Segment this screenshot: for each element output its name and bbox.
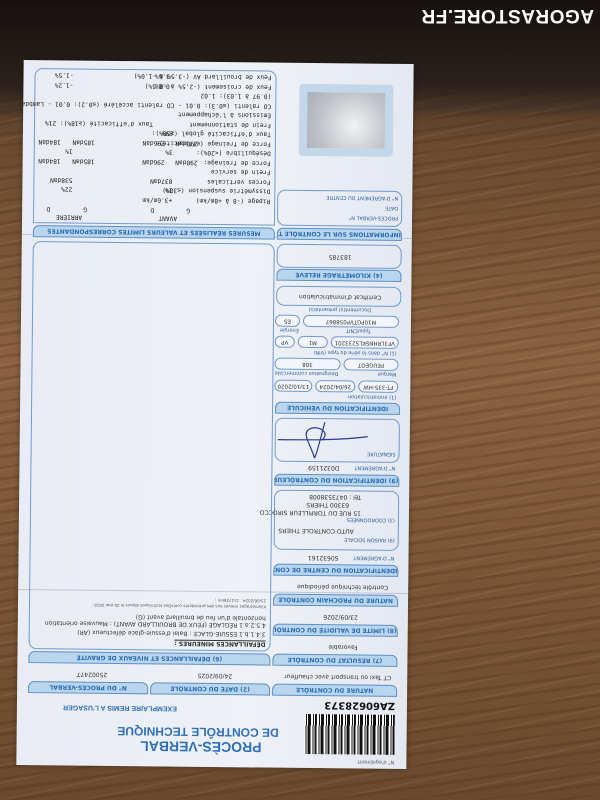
measurement-label: Forces verticales	[207, 178, 270, 186]
designation-label: Désignation commerciale	[275, 370, 339, 377]
measurement-value: 290daN	[175, 159, 197, 166]
measurement-value: 296daN	[142, 158, 164, 165]
nature-controle-value: CT Taxi ou transport avec chauffeur	[284, 673, 391, 681]
subheader: D	[150, 206, 154, 213]
kilometrage-history-value: 25/06/2024 : 151726km ;	[215, 598, 266, 604]
energie-value: ES	[275, 315, 300, 327]
address-line2: 63300 THIERS	[306, 501, 349, 508]
agreement-label: N° d'agrément	[358, 759, 395, 765]
defaillances-box	[29, 241, 275, 652]
measurement-value: -1.2%	[55, 81, 74, 88]
title-line1: PROCÈS-VERBAL	[140, 738, 262, 755]
measurement-label: (0.97 à 1.03): 1.02	[201, 92, 272, 100]
raison-sociale-value: AUTO CONTROLE THIERS	[278, 527, 354, 535]
kilometrage-header: (4) KILOMÉTRAGE RELEVÉ	[276, 269, 401, 282]
copy-label: EXEMPLAIRE REMIS A L'USAGER	[63, 703, 177, 711]
coordonnees-label: (3) COORDONNÉES	[347, 516, 395, 523]
limite-validite-header: (8) LIMITE DE VALIDITÉ DU CONTRÔLE RÉALI…	[273, 624, 398, 637]
limite-validite-value: 23/09/2026	[323, 613, 358, 620]
prochain-controle-header: NATURE DU PROCHAIN CONTRÔLE	[273, 594, 398, 607]
measurement-value: 184daN	[38, 157, 60, 164]
defavorable-date-label: DATE	[385, 205, 398, 211]
measurement-label: Ripage (-8 à +8m/km)	[196, 197, 271, 205]
first-circulation-value: 13/10/2020	[274, 380, 312, 392]
measurement-value: -1.5%	[55, 72, 74, 79]
genre-value: VP	[275, 336, 295, 348]
title-line2: DE CONTRÔLE TECHNIQUE	[117, 724, 278, 740]
hologram-sticker	[299, 84, 394, 157]
measurement-label: Force de freinage (efficacité):	[155, 139, 271, 147]
measurement-value: 290daN	[175, 140, 197, 147]
inspection-report: N° d'agrément ZA60628373 PROCÈS-VERBAL D…	[16, 60, 413, 769]
defavorable-pv-label: PROCÈS-VERBAL N°	[349, 214, 398, 221]
measurement-value: 538daN	[50, 176, 72, 183]
designation-value: 308	[274, 358, 340, 371]
vehicule-header: IDENTIFICATION DU VÉHICULE	[275, 402, 400, 415]
measurement-value: 1%	[165, 187, 173, 194]
barcode	[304, 714, 394, 755]
defavorable-header: INFORMATIONS SUR LE CONTRÔLE TECHNIQUE D…	[277, 228, 402, 241]
measurement-value: 3%	[165, 149, 173, 156]
date-controle-header: (2) DATE DU CONTRÔLE	[150, 682, 270, 695]
measurement-value: 296daN	[142, 139, 164, 146]
subheader: D	[46, 205, 50, 212]
measurement-value: 184daN	[38, 138, 60, 145]
marque-label: Marque	[378, 371, 397, 377]
vin-label: (1) N° dans la série du type (VIN)	[313, 349, 396, 356]
raison-sociale-label: (9) RAISON SOCIALE	[344, 536, 395, 543]
header-arriere: ARRIÈRE	[56, 213, 82, 220]
tel: Tél : 0473538008	[309, 493, 361, 501]
mesures-header: MESURES RÉALISÉES ET VALEURS LIMITES COR…	[33, 225, 275, 240]
numero-pv-value: 25002477	[77, 671, 108, 678]
measurement-label: Dissymétrie suspension (≤30%)	[162, 187, 270, 195]
measurement-value: -3.6%	[155, 73, 174, 80]
measurement-value: Taux d'efficacité (≥18%): 21%	[45, 119, 153, 127]
centre-header: IDENTIFICATION DU CENTRE DE CONTRÔLE	[273, 564, 398, 577]
marque-value: PEUGEOT	[343, 358, 398, 371]
header-avant: AVANT	[158, 214, 177, 221]
nature-controle-header: NATURE DU CONTRÔLE	[272, 684, 397, 697]
defaillances-heading: DÉFAILLANCES MINEURES :	[174, 640, 265, 648]
vin-value: VF3LRHNSKLS233201	[331, 336, 399, 349]
measurement-value: -0.8%	[155, 82, 174, 89]
documents-label: Document(s) présenté(s)	[308, 306, 371, 313]
centre-agrement-value: S0632161	[308, 554, 339, 561]
numero-pv-header: N° DU PROCÈS-VERBAL	[28, 681, 148, 694]
signature	[275, 418, 370, 463]
resultat-header: (7) RÉSULTAT DU CONTRÔLE	[272, 654, 397, 667]
measurement-value: 22%	[61, 186, 72, 193]
measurement-label: Émissions à l'échappement	[178, 111, 271, 119]
serial-number: ZA60628373	[324, 699, 395, 711]
immat-value: FT-335-HW	[358, 380, 398, 392]
measurement-label: Frein de stationnement	[189, 121, 271, 129]
type-label: Type/CNIT	[346, 327, 371, 333]
defavorable-agrement-label: N° D'AGRÉMENT DU CENTRE	[326, 194, 398, 201]
subheader: G	[186, 207, 190, 214]
measurement-value: 837daN	[150, 177, 172, 184]
resultat-value: Favorable	[328, 643, 357, 650]
measurement-value: 69%	[162, 130, 173, 137]
controleur-header: (9) IDENTIFICATION DU CONTRÔLEUR	[274, 474, 399, 487]
measurement-label: Force de freinage:	[204, 159, 271, 167]
subheader: G	[83, 206, 87, 213]
centre-agrement-label: N° D'AGRÉMENT	[353, 554, 394, 560]
measurement-value: +3.6m/km	[142, 196, 172, 203]
categorie-value: M1	[298, 336, 328, 348]
controleur-agrement-label: N° D'AGRÉMENT	[354, 464, 395, 470]
defaillances-header: (6) DÉFAILLANCES ET NIVEAUX DE GRAVITÉ	[28, 651, 270, 666]
documents-value: Certificat d'immatriculation	[299, 293, 381, 301]
measurement-label: Frein de service	[211, 168, 271, 176]
immat-label: (1) Immatriculation	[348, 393, 396, 400]
measurement-value: 1%	[65, 148, 73, 155]
type-value: M10PGTVP058867	[303, 315, 399, 328]
controleur-agrement-value: D0321159	[308, 464, 339, 471]
energie-label: Énergie	[280, 327, 299, 333]
prochain-controle-value: Contrôle technique périodique	[297, 583, 388, 591]
measurement-label: Déséquilibre (<20%):	[196, 149, 271, 157]
kilometrage-value: 183785	[329, 253, 352, 260]
signature-label: SIGNATURE	[367, 451, 396, 457]
date-controle-value: 24/09/2025	[198, 672, 233, 679]
defaillance-item: 4.5.2.a.1 RÉGLAGE (FEUX DE BROUILLARD AV…	[34, 612, 266, 628]
measurement-value: 185daN	[72, 138, 94, 145]
address-line1: 15 RUE DU TORPILLEUR SIROCCO	[260, 508, 361, 516]
watermark: AGORASTORE.FR	[421, 4, 594, 26]
date-immat-value: 26/04/2024	[315, 380, 355, 392]
measurement-value: 185daN	[72, 157, 94, 164]
